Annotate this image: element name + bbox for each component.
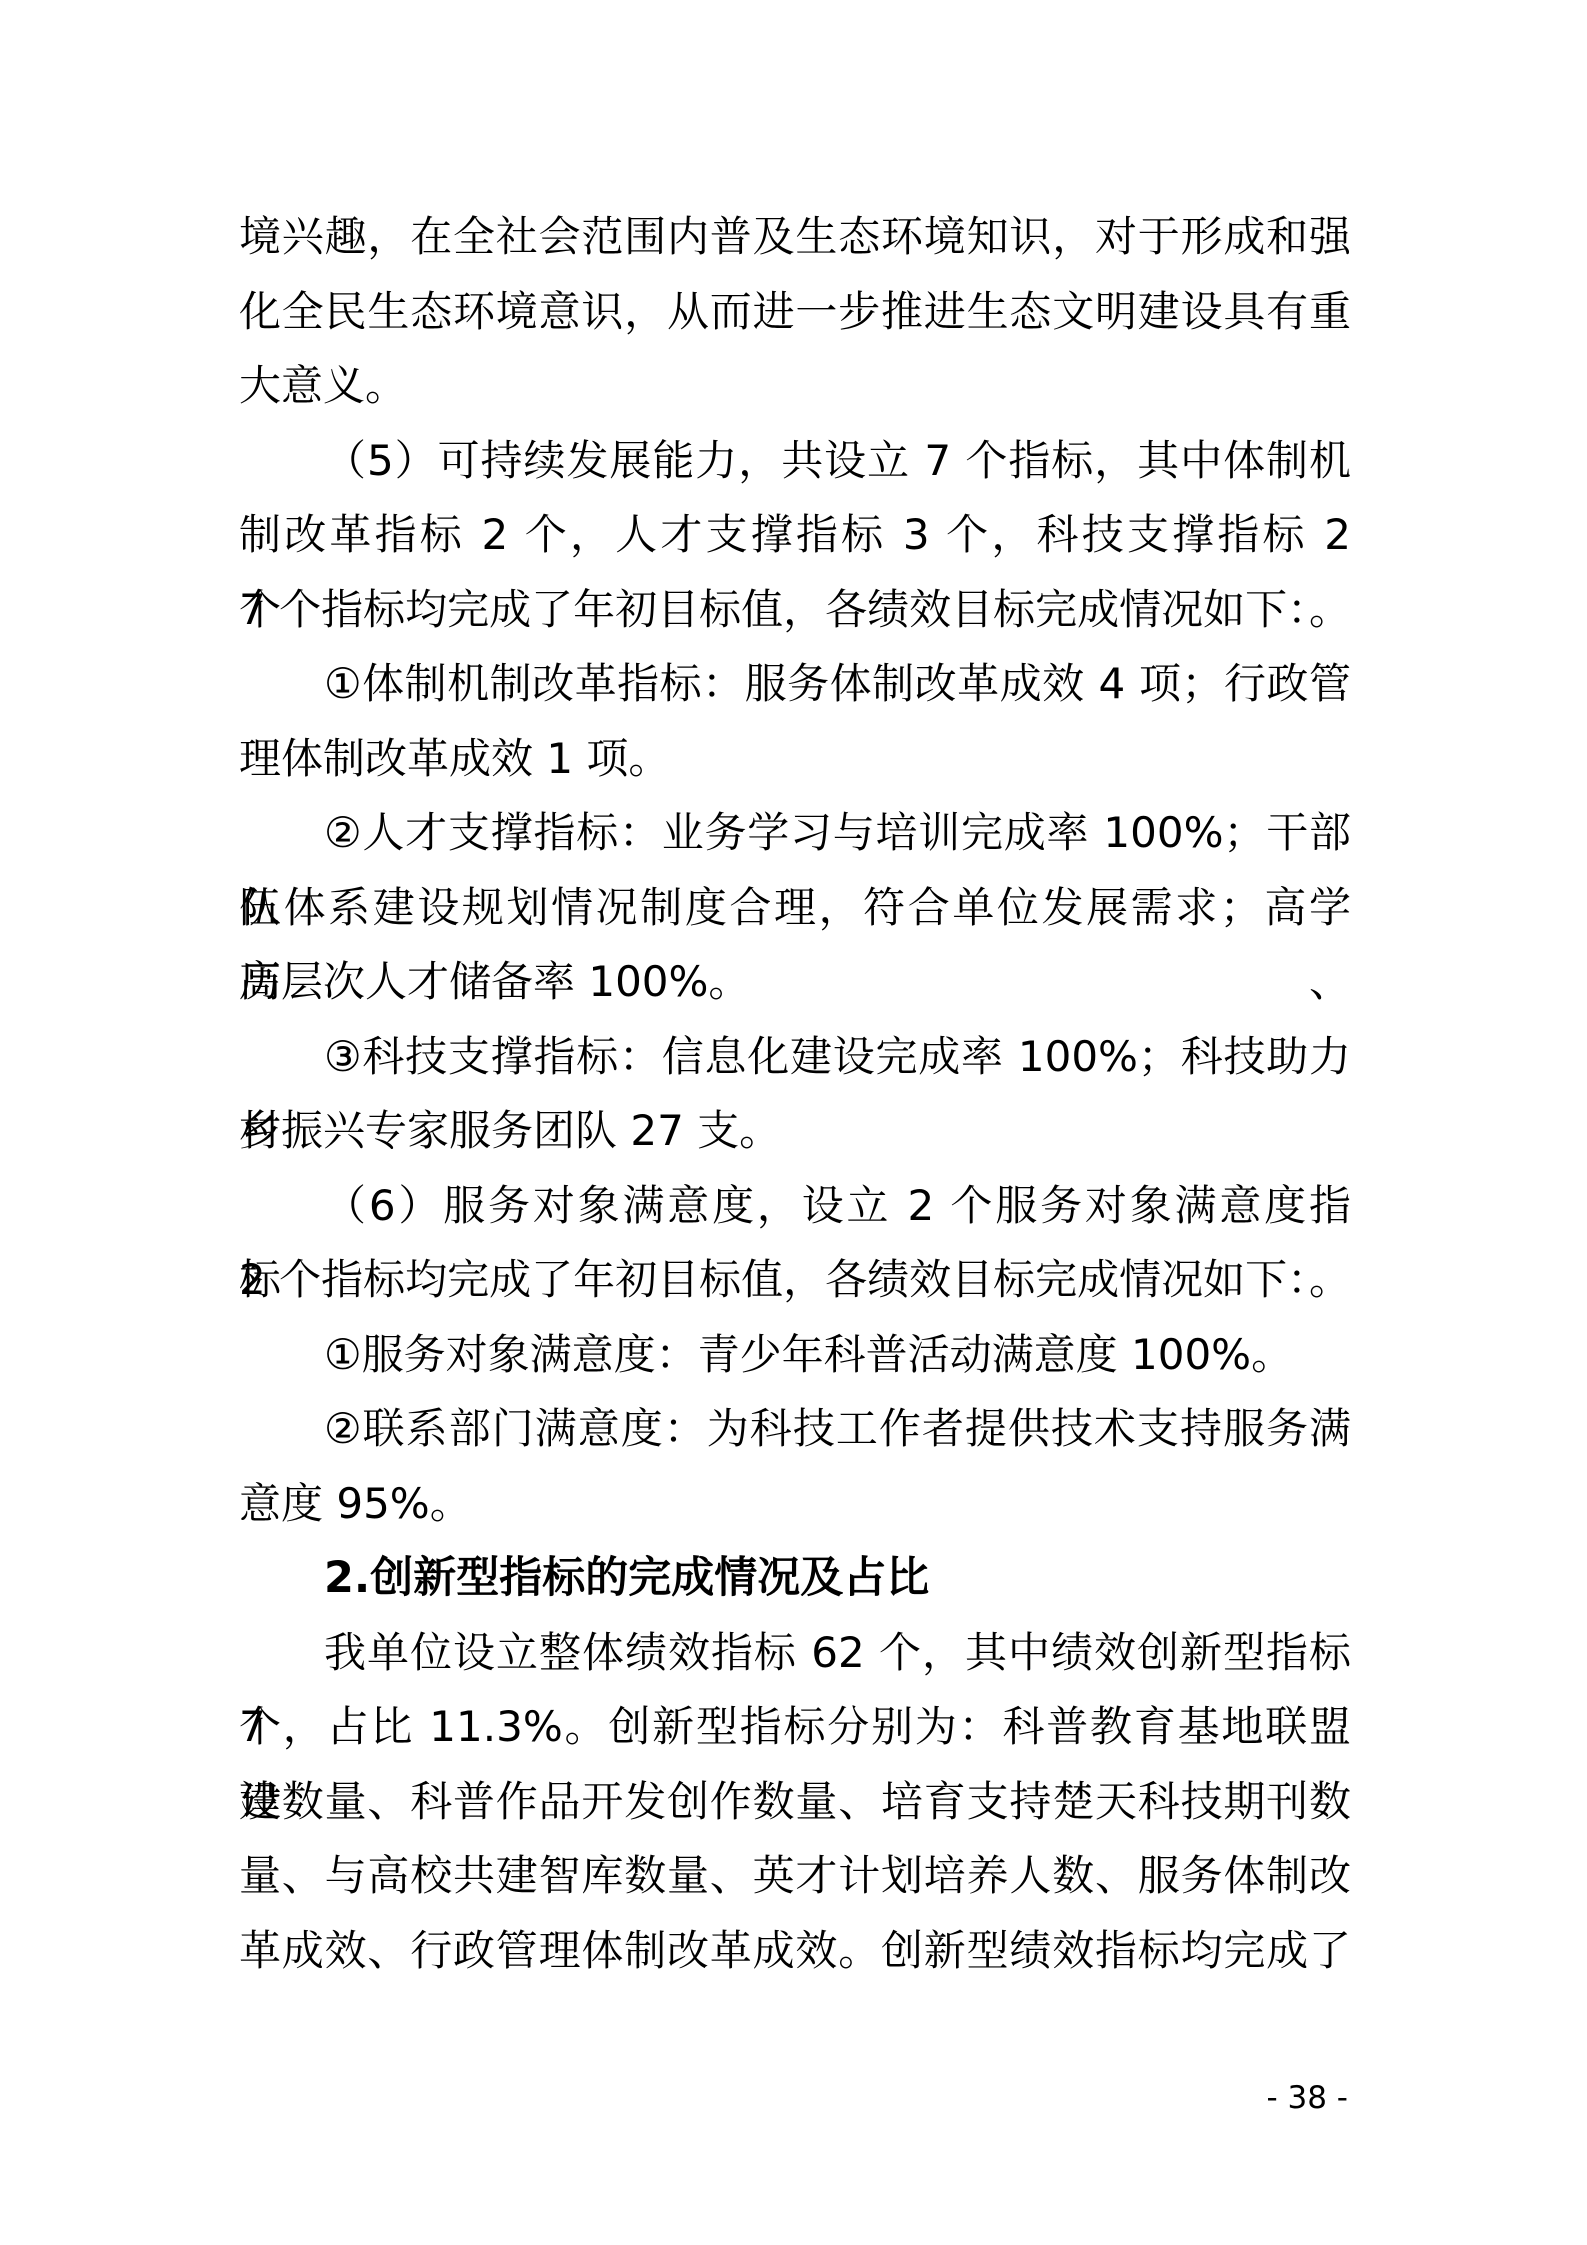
text-line: 伍体系建设规划情况制度合理，符合单位发展需求；高学历、 — [239, 871, 1351, 946]
paragraph: 我单位设立整体绩效指标 62 个，其中绩效创新型指标 7个，占比 11.3%。创… — [239, 1616, 1351, 1989]
paragraph: ②人才支撑指标：业务学习与培训完成率 100%；干部队伍体系建设规划情况制度合理… — [239, 796, 1351, 1020]
text-line: ①服务对象满意度：青少年科普活动满意度 100%。 — [239, 1318, 1351, 1393]
text-line: 理体制改革成效 1 项。 — [239, 722, 1351, 797]
paragraph: ①服务对象满意度：青少年科普活动满意度 100%。 — [239, 1318, 1351, 1393]
text-line: 个，占比 11.3%。创新型指标分别为：科普教育基地联盟建 — [239, 1690, 1351, 1765]
text-line: 村振兴专家服务团队 27 支。 — [239, 1094, 1351, 1169]
paragraph: ①体制机制改革指标：服务体制改革成效 4 项；行政管理体制改革成效 1 项。 — [239, 647, 1351, 796]
text-line: ①体制机制改革指标：服务体制改革成效 4 项；行政管 — [239, 647, 1351, 722]
text-line: 设数量、科普作品开发创作数量、培育支持楚天科技期刊数 — [239, 1765, 1351, 1840]
page-number: - 38 - — [1266, 2080, 1348, 2116]
paragraph: ②联系部门满意度：为科技工作者提供技术支持服务满意度 95%。 — [239, 1392, 1351, 1541]
text-line: ②人才支撑指标：业务学习与培训完成率 100%；干部队 — [239, 796, 1351, 871]
text-line: 7 个指标均完成了年初目标值，各绩效目标完成情况如下： — [239, 573, 1351, 648]
text-line: ②联系部门满意度：为科技工作者提供技术支持服务满 — [239, 1392, 1351, 1467]
document-body: 境兴趣，在全社会范围内普及生态环境知识，对于形成和强化全民生态环境意识，从而进一… — [239, 200, 1351, 1988]
text-line: 革成效、行政管理体制改革成效。创新型绩效指标均完成了 — [239, 1914, 1351, 1989]
text-line: ③科技支撑指标：信息化建设完成率 100%；科技助力乡 — [239, 1020, 1351, 1095]
section-heading: 2.创新型指标的完成情况及占比 — [239, 1541, 1351, 1616]
paragraph: （5）可持续发展能力，共设立 7 个指标，其中体制机制改革指标 2 个，人才支撑… — [239, 424, 1351, 648]
page: 境兴趣，在全社会范围内普及生态环境知识，对于形成和强化全民生态环境意识，从而进一… — [0, 0, 1587, 2245]
text-line: 大意义。 — [239, 349, 1351, 424]
paragraph: 境兴趣，在全社会范围内普及生态环境知识，对于形成和强化全民生态环境意识，从而进一… — [239, 200, 1351, 424]
paragraph: ③科技支撑指标：信息化建设完成率 100%；科技助力乡村振兴专家服务团队 27 … — [239, 1020, 1351, 1169]
text-line: 化全民生态环境意识，从而进一步推进生态文明建设具有重 — [239, 275, 1351, 350]
paragraph: （6）服务对象满意度，设立 2 个服务对象满意度指标。2 个指标均完成了年初目标… — [239, 1169, 1351, 1318]
text-line: 我单位设立整体绩效指标 62 个，其中绩效创新型指标 7 — [239, 1616, 1351, 1691]
text-line: （5）可持续发展能力，共设立 7 个指标，其中体制机 — [239, 424, 1351, 499]
text-line: 2.创新型指标的完成情况及占比 — [239, 1541, 1351, 1616]
text-line: 境兴趣，在全社会范围内普及生态环境知识，对于形成和强 — [239, 200, 1351, 275]
text-line: 制改革指标 2 个，人才支撑指标 3 个，科技支撑指标 2 个。 — [239, 498, 1351, 573]
text-line: 2 个指标均完成了年初目标值，各绩效目标完成情况如下： — [239, 1243, 1351, 1318]
text-line: 量、与高校共建智库数量、英才计划培养人数、服务体制改 — [239, 1839, 1351, 1914]
text-line: （6）服务对象满意度，设立 2 个服务对象满意度指标。 — [239, 1169, 1351, 1244]
text-line: 意度 95%。 — [239, 1467, 1351, 1542]
